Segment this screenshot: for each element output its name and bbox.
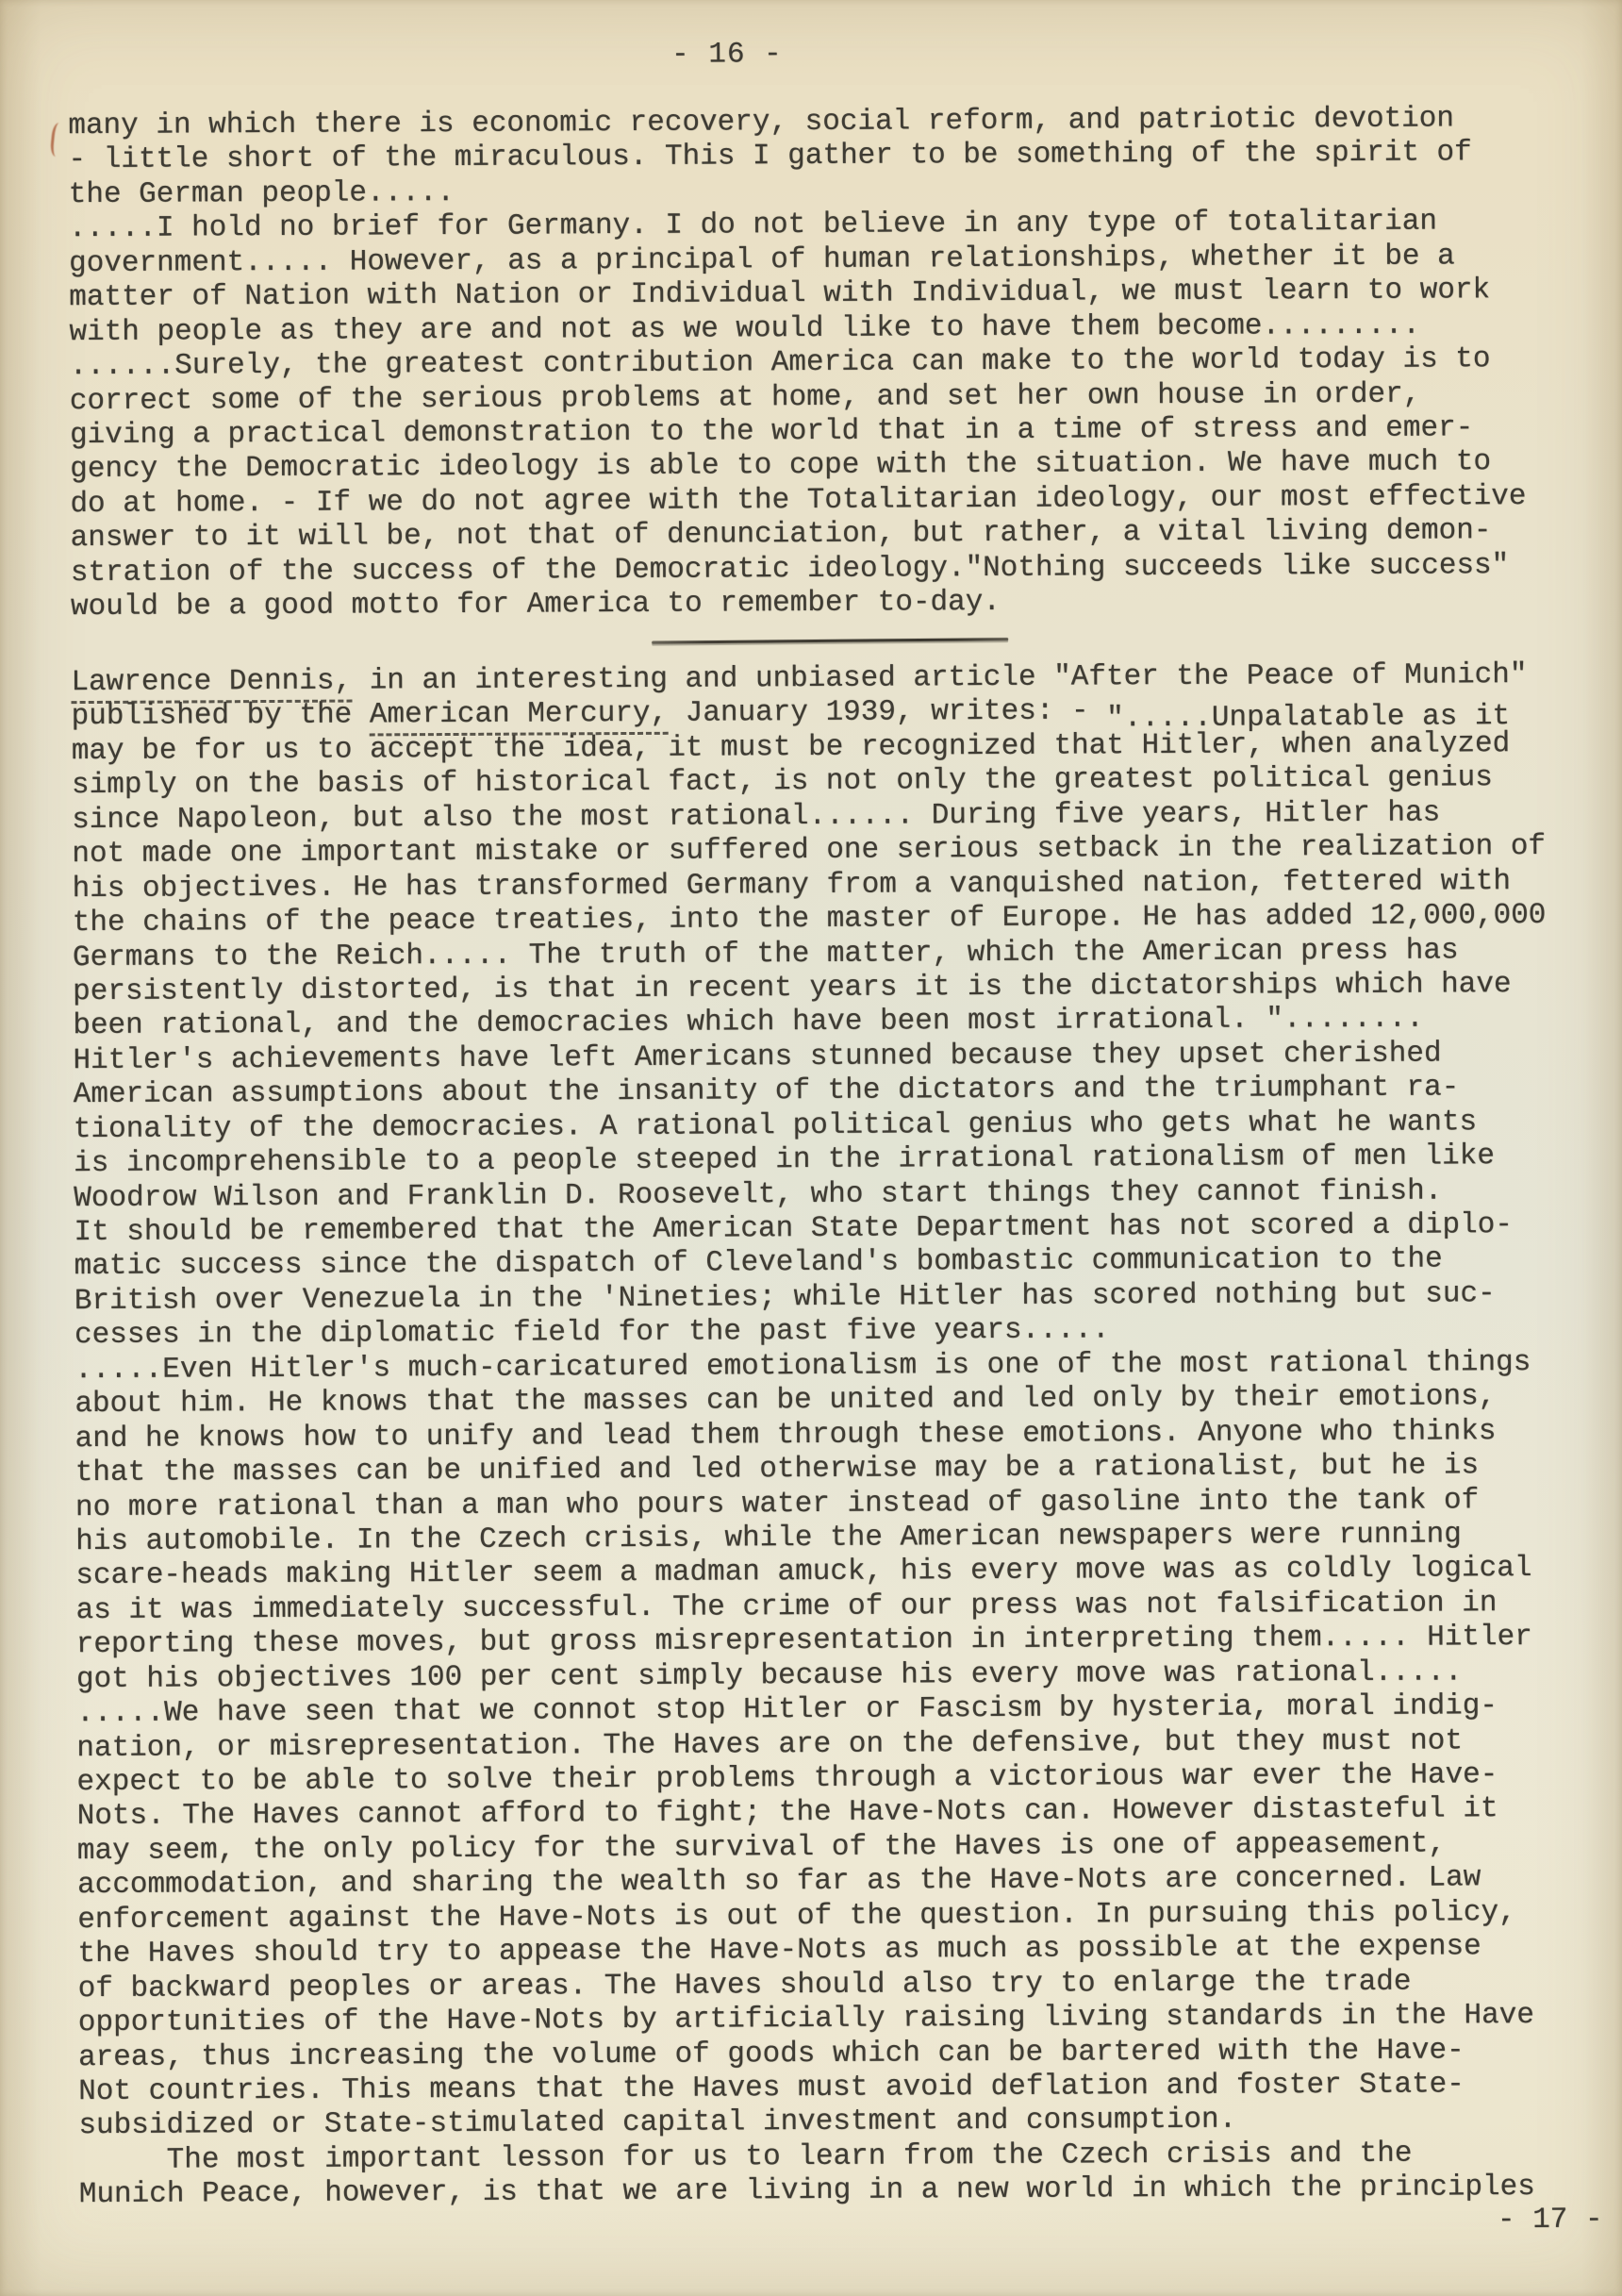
lowered-phrase: ".....Unpalatable as it: [1106, 701, 1510, 736]
handwritten-margin-mark: [50, 123, 66, 158]
typewritten-content: - 16 - many in which there is economic r…: [0, 0, 1622, 2296]
paragraph-intro: many in which there is economic recovery…: [68, 102, 1610, 625]
text-line: Munich Peace, however, is that we are li…: [79, 2171, 1618, 2213]
paragraph-dennis-quote: Lawrence Dennis, in an interesting and u…: [71, 658, 1618, 2213]
section-divider-line: [652, 638, 1008, 644]
page-number-header: - 16 -: [652, 38, 803, 73]
document-page: - 16 - many in which there is economic r…: [0, 0, 1622, 2296]
text-line: would be a good motto for America to rem…: [71, 583, 1610, 625]
underlined-phrase: American Mercury,: [370, 697, 668, 737]
text-line: published by the American Mercury, Janua…: [72, 692, 1611, 735]
underlined-phrase: Lawrence Dennis,: [71, 665, 352, 705]
page-number-footer: - 17 -: [1498, 2204, 1603, 2238]
